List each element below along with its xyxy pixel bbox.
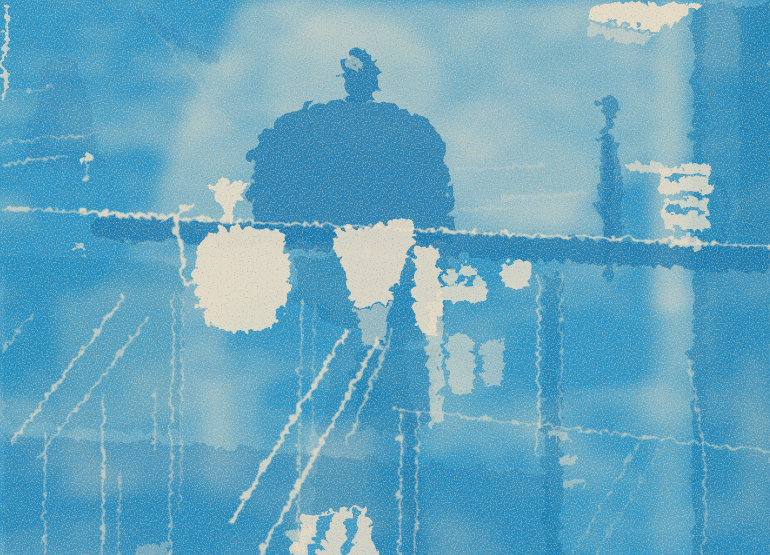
grain-layer bbox=[0, 0, 770, 555]
blue-grain bbox=[0, 0, 770, 555]
print-image bbox=[0, 0, 770, 555]
artwork-print bbox=[0, 0, 770, 555]
